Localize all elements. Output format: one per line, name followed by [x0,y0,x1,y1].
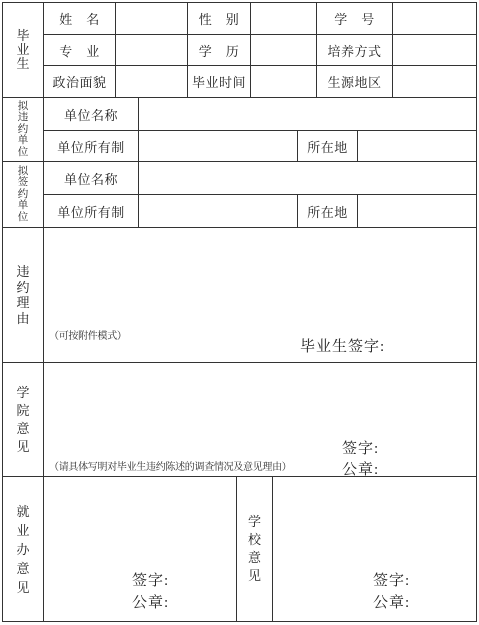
school-signature-label: 签字: [373,570,410,592]
breach-reason-content-cell: （可按附件模式） 毕业生签字: [44,228,476,362]
scanned-form-page: 毕业生 姓 名 性 别 学 号 专 业 学 历 培养方式 [0,0,479,625]
political-status-value-cell [116,66,188,97]
employment-signature-label: 签字: [132,570,169,592]
gender-value-cell [251,3,317,34]
college-opinion-section: 学院意见 签字: 公章: （请具体写明对毕业生违约陈述的调查情况及意见理由） [3,363,476,477]
breach-unit-title: 拟违约单位 [17,101,29,159]
breach-reason-section: 违约理由 （可按附件模式） 毕业生签字: [3,228,476,363]
college-opinion-header-cell: 学院意见 [3,363,44,476]
employment-seal-label: 公章: [132,592,169,614]
sign-unit-header-cell: 拟签约单位 [3,162,44,227]
graduation-date-value-cell [251,66,317,97]
breach-unit-section: 拟违约单位 单位名称 单位所有制 所在地 [3,98,476,162]
table-row: 政治面貌 毕业时间 生源地区 [44,66,476,97]
sign-unit-name-label: 单位名称 [44,162,139,194]
graduate-section-body: 姓 名 性 别 学 号 专 业 学 历 培养方式 政治面貌 [44,3,476,97]
graduate-signature-label: 毕业生签字: [300,335,385,356]
employment-office-content-cell: 签字: 公章: [44,477,236,621]
employment-school-section: 就业办意见 签字: 公章: 学校意见 签字: 公章: [3,477,476,621]
name-label: 姓 名 [44,3,116,34]
training-mode-value-cell [393,35,476,66]
breach-unit-ownership-label: 单位所有制 [44,131,139,161]
breach-unit-name-label: 单位名称 [44,98,139,130]
table-row: 专 业 学 历 培养方式 [44,35,476,67]
student-id-value-cell [393,3,476,34]
origin-region-label: 生源地区 [317,66,393,97]
college-opinion-title: 学院意见 [16,384,30,456]
sign-unit-location-label: 所在地 [298,195,358,227]
school-opinion-content-cell: 签字: 公章: [273,477,476,621]
breach-unit-ownership-value-cell [139,131,298,161]
graduate-section-header-cell: 毕业生 [3,3,44,97]
graduate-section-title: 毕业生 [16,29,30,71]
college-seal-label: 公章: [342,458,379,479]
college-opinion-content-cell: 签字: 公章: （请具体写明对毕业生违约陈述的调查情况及意见理由） [44,363,476,476]
table-row: 单位所有制 所在地 [44,131,476,161]
school-opinion-header-cell: 学校意见 [236,477,273,621]
school-signature-block: 签字: 公章: [373,570,410,614]
school-seal-label: 公章: [373,592,410,614]
sign-unit-body: 单位名称 单位所有制 所在地 [44,162,476,227]
sign-unit-title: 拟签约单位 [17,166,29,224]
college-opinion-note: （请具体写明对毕业生违约陈述的调查情况及意见理由） [49,458,292,473]
degree-label: 学 历 [188,35,251,66]
employment-office-header-cell: 就业办意见 [3,477,44,621]
sign-unit-location-value-cell [358,195,476,227]
breach-reason-header-cell: 违约理由 [3,228,44,362]
name-value-cell [116,3,188,34]
training-mode-label: 培养方式 [317,35,393,66]
student-id-label: 学 号 [317,3,393,34]
gender-label: 性 别 [188,3,251,34]
political-status-label: 政治面貌 [44,66,116,97]
table-row: 姓 名 性 别 学 号 [44,3,476,35]
sign-unit-ownership-label: 单位所有制 [44,195,139,227]
table-row: 单位所有制 所在地 [44,195,476,227]
graduate-section: 毕业生 姓 名 性 别 学 号 专 业 学 历 培养方式 [3,3,476,98]
breach-reason-note: （可按附件模式） [49,327,127,342]
major-value-cell [116,35,188,66]
breach-unit-location-value-cell [358,131,476,161]
sign-unit-name-value-cell [139,162,476,194]
graduation-date-label: 毕业时间 [188,66,251,97]
breach-unit-header-cell: 拟违约单位 [3,98,44,161]
sign-unit-ownership-value-cell [139,195,298,227]
sign-unit-section: 拟签约单位 单位名称 单位所有制 所在地 [3,162,476,228]
college-signature-label: 签字: [342,437,379,458]
origin-region-value-cell [393,66,476,97]
employment-office-signature-block: 签字: 公章: [132,570,169,614]
school-opinion-title: 学校意见 [248,513,262,585]
graduate-breach-form-table: 毕业生 姓 名 性 别 学 号 专 业 学 历 培养方式 [2,2,477,622]
breach-unit-location-label: 所在地 [298,131,358,161]
breach-unit-body: 单位名称 单位所有制 所在地 [44,98,476,161]
table-row: 单位名称 [44,162,476,195]
breach-unit-name-value-cell [139,98,476,130]
breach-reason-title: 违约理由 [16,264,30,326]
employment-office-title: 就业办意见 [16,502,30,597]
table-row: 单位名称 [44,98,476,131]
major-label: 专 业 [44,35,116,66]
degree-value-cell [251,35,317,66]
